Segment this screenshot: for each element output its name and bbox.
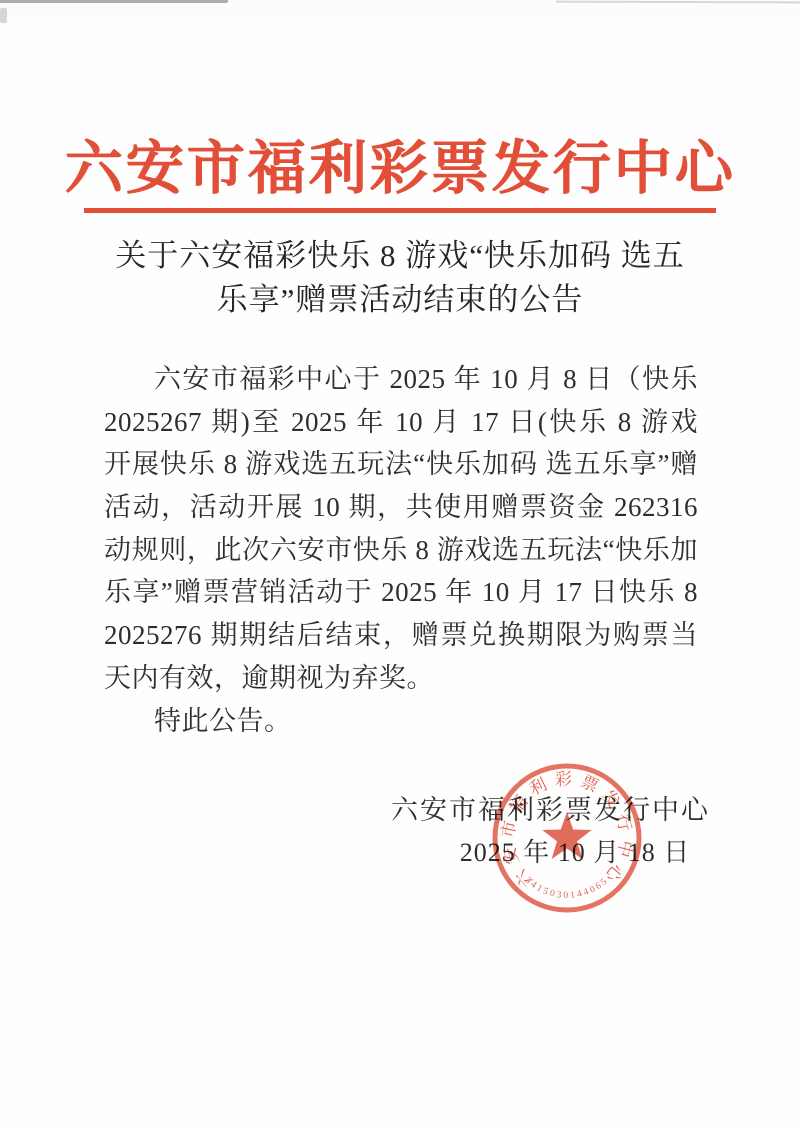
body-line: 2025276 期期结后结束，赠票兑换期限为购票当期期结后 3 <box>104 614 698 657</box>
body-line: 动规则，此次六安市快乐 8 游戏选五玩法“快乐加码 选五 <box>104 529 698 572</box>
document-title-line-1: 关于六安福彩快乐 8 游戏“快乐加码 选五 <box>60 234 740 278</box>
seal-star <box>542 812 591 859</box>
scan-artifact-top-right-streak <box>556 1 800 4</box>
document-title: 关于六安福彩快乐 8 游戏“快乐加码 选五 乐享”赠票活动结束的公告 <box>60 234 740 322</box>
body-line: 活动，活动开展 10 期，共使用赠票资金 262316 元。根据活 <box>104 486 698 529</box>
official-seal: 六安市福利彩票发行中心 3415030144065 <box>487 758 647 918</box>
letterhead-title: 六安市福利彩票发行中心 <box>0 132 800 206</box>
body-line: 六安市福彩中心于 2025 年 10 月 8 日（快乐 8 游戏 <box>104 358 698 401</box>
body-line: 2025267 期)至 2025 年 10 月 17 日(快乐 8 游戏 202… <box>104 401 698 444</box>
notice-body: 六安市福彩中心于 2025 年 10 月 8 日（快乐 8 游戏 2025267… <box>104 358 698 742</box>
body-line: 天内有效，逾期视为弃奖。 <box>104 657 698 700</box>
body-line: 特此公告。 <box>104 700 698 743</box>
letterhead-rule <box>84 208 716 213</box>
body-line: 乐享”赠票营销活动于 2025 年 10 月 17 日快乐 8 游戏第 <box>104 571 698 614</box>
scan-artifact-top-left-streak <box>0 0 228 3</box>
scanned-notice-page: 六安市福利彩票发行中心 关于六安福彩快乐 8 游戏“快乐加码 选五 乐享”赠票活… <box>0 0 800 1132</box>
document-title-line-2: 乐享”赠票活动结束的公告 <box>60 278 740 322</box>
body-line: 开展快乐 8 游戏选五玩法“快乐加码 选五乐享”赠票营销 <box>104 443 698 486</box>
scan-artifact-corner-smudge <box>0 8 7 23</box>
